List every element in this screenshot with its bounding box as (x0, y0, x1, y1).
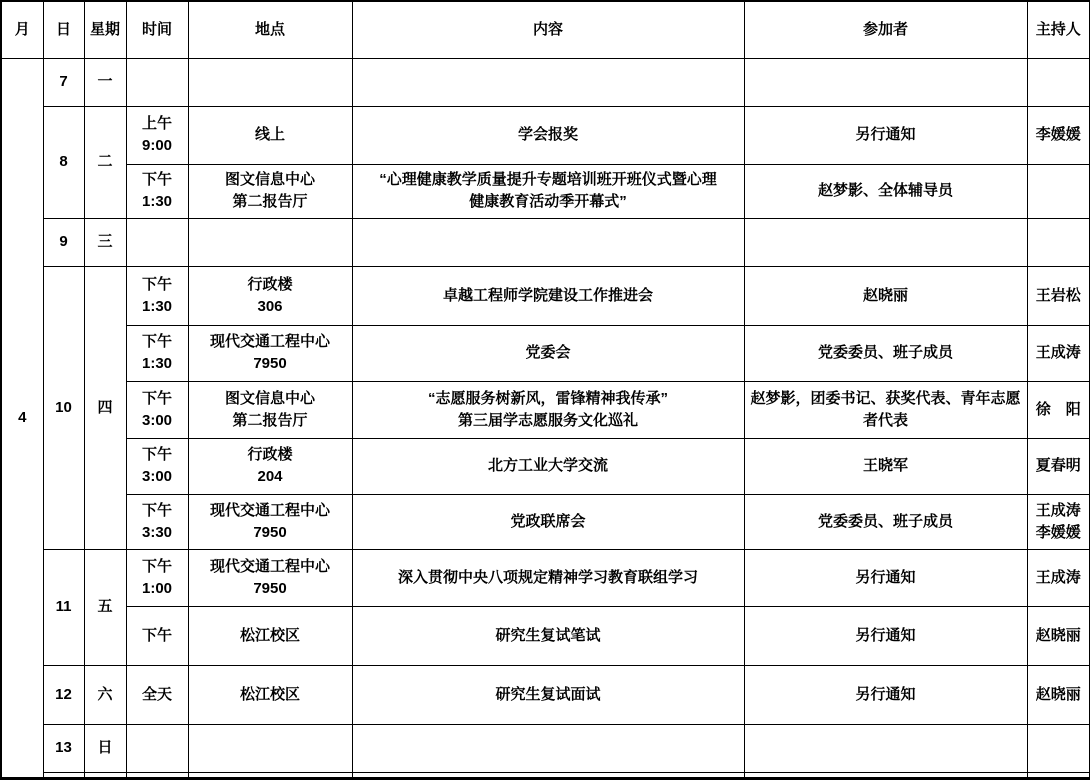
table-row: 13 日 (1, 724, 1090, 772)
cell-host: 徐 阳 (1027, 381, 1090, 438)
cell-day: 10 (43, 266, 84, 549)
header-row: 月 日 星期 时间 地点 内容 参加者 主持人 (1, 1, 1090, 58)
cell-participants: 赵晓丽 (744, 266, 1027, 325)
cell-time: 下午3:00 (126, 438, 188, 494)
cell-place (188, 58, 352, 106)
cell-host (1027, 724, 1090, 772)
cell-day: 7 (43, 58, 84, 106)
cell-time (126, 58, 188, 106)
cell-host: 王成涛李媛媛 (1027, 494, 1090, 549)
cell-host: 王成涛 (1027, 325, 1090, 381)
header-day: 日 (43, 1, 84, 58)
cell-weekday (84, 772, 126, 778)
cell-participants: 党委委员、班子成员 (744, 325, 1027, 381)
cell-host (1027, 218, 1090, 266)
cell-content: “心理健康教学质量提升专题培训班开班仪式暨心理健康教育活动季开幕式” (352, 164, 744, 218)
cell-content: 党委会 (352, 325, 744, 381)
cell-time: 下午1:30 (126, 325, 188, 381)
table-row: 下午3:00 行政楼204 北方工业大学交流 王晓军 夏春明 (1, 438, 1090, 494)
cell-content: 深入贯彻中央八项规定精神学习教育联组学习 (352, 549, 744, 606)
cell-weekday: 三 (84, 218, 126, 266)
cell-participants: 赵梦影、全体辅导员 (744, 164, 1027, 218)
cell-host: 王岩松 (1027, 266, 1090, 325)
header-host: 主持人 (1027, 1, 1090, 58)
cell-time: 上午9:00 (126, 106, 188, 164)
cell-time: 下午1:30 (126, 266, 188, 325)
cell-host: 赵晓丽 (1027, 606, 1090, 665)
cell-time (126, 724, 188, 772)
cell-participants (744, 218, 1027, 266)
cell-host: 王成涛 (1027, 549, 1090, 606)
cell-place (188, 772, 352, 778)
cell-content: “志愿服务树新风，雷锋精神我传承”第三届学志愿服务文化巡礼 (352, 381, 744, 438)
cell-content: 北方工业大学交流 (352, 438, 744, 494)
cell-content (352, 724, 744, 772)
cell-time: 全天 (126, 665, 188, 724)
cell-place: 行政楼204 (188, 438, 352, 494)
header-month: 月 (1, 1, 43, 58)
cell-participants: 另行通知 (744, 549, 1027, 606)
header-weekday: 星期 (84, 1, 126, 58)
cell-weekday: 六 (84, 665, 126, 724)
cell-host: 赵晓丽 (1027, 665, 1090, 724)
cell-host: 李媛媛 (1027, 106, 1090, 164)
table-row-partial (1, 772, 1090, 778)
header-participants: 参加者 (744, 1, 1027, 58)
header-time: 时间 (126, 1, 188, 58)
cell-place: 图文信息中心第二报告厅 (188, 381, 352, 438)
cell-participants (744, 58, 1027, 106)
cell-place: 现代交通工程中心7950 (188, 549, 352, 606)
cell-place (188, 724, 352, 772)
cell-weekday: 二 (84, 106, 126, 218)
cell-day: 13 (43, 724, 84, 772)
cell-content: 党政联席会 (352, 494, 744, 549)
header-place: 地点 (188, 1, 352, 58)
cell-day: 9 (43, 218, 84, 266)
cell-content (352, 218, 744, 266)
cell-place: 现代交通工程中心7950 (188, 494, 352, 549)
table-row: 下午1:30 现代交通工程中心7950 党委会 党委委员、班子成员 王成涛 (1, 325, 1090, 381)
cell-day (43, 772, 84, 778)
cell-place: 松江校区 (188, 606, 352, 665)
cell-participants (744, 772, 1027, 778)
cell-place: 现代交通工程中心7950 (188, 325, 352, 381)
table-row: 下午 松江校区 研究生复试笔试 另行通知 赵晓丽 (1, 606, 1090, 665)
table-row: 10 四 下午1:30 行政楼306 卓越工程师学院建设工作推进会 赵晓丽 王岩… (1, 266, 1090, 325)
cell-content: 研究生复试笔试 (352, 606, 744, 665)
cell-participants (744, 724, 1027, 772)
cell-participants: 另行通知 (744, 606, 1027, 665)
table-row: 下午3:30 现代交通工程中心7950 党政联席会 党委委员、班子成员 王成涛李… (1, 494, 1090, 549)
cell-day: 8 (43, 106, 84, 218)
cell-content (352, 58, 744, 106)
table-row: 下午3:00 图文信息中心第二报告厅 “志愿服务树新风，雷锋精神我传承”第三届学… (1, 381, 1090, 438)
cell-time: 下午3:30 (126, 494, 188, 549)
cell-content: 卓越工程师学院建设工作推进会 (352, 266, 744, 325)
cell-participants: 党委委员、班子成员 (744, 494, 1027, 549)
cell-weekday: 四 (84, 266, 126, 549)
cell-participants: 赵梦影，团委书记、获奖代表、青年志愿者代表 (744, 381, 1027, 438)
cell-time: 下午 (126, 606, 188, 665)
cell-time: 下午1:00 (126, 549, 188, 606)
cell-host (1027, 58, 1090, 106)
cell-time (126, 218, 188, 266)
cell-place: 行政楼306 (188, 266, 352, 325)
cell-time (126, 772, 188, 778)
cell-participants: 王晓军 (744, 438, 1027, 494)
cell-place: 线上 (188, 106, 352, 164)
table-row: 11 五 下午1:00 现代交通工程中心7950 深入贯彻中央八项规定精神学习教… (1, 549, 1090, 606)
table-row: 4 7 一 (1, 58, 1090, 106)
cell-content: 研究生复试面试 (352, 665, 744, 724)
cell-place: 图文信息中心第二报告厅 (188, 164, 352, 218)
cell-weekday: 日 (84, 724, 126, 772)
cell-time: 下午3:00 (126, 381, 188, 438)
cell-weekday: 一 (84, 58, 126, 106)
cell-host (1027, 164, 1090, 218)
cell-time: 下午1:30 (126, 164, 188, 218)
cell-host: 夏春明 (1027, 438, 1090, 494)
cell-place: 松江校区 (188, 665, 352, 724)
table-row: 下午1:30 图文信息中心第二报告厅 “心理健康教学质量提升专题培训班开班仪式暨… (1, 164, 1090, 218)
table-row: 9 三 (1, 218, 1090, 266)
cell-weekday: 五 (84, 549, 126, 665)
cell-host (1027, 772, 1090, 778)
header-content: 内容 (352, 1, 744, 58)
schedule-sheet: 月 日 星期 时间 地点 内容 参加者 主持人 4 7 一 8 二 上午9:00… (0, 0, 1090, 780)
cell-day: 11 (43, 549, 84, 665)
table-row: 12 六 全天 松江校区 研究生复试面试 另行通知 赵晓丽 (1, 665, 1090, 724)
cell-month: 4 (1, 58, 43, 778)
cell-day: 12 (43, 665, 84, 724)
table-row: 8 二 上午9:00 线上 学会报奖 另行通知 李媛媛 (1, 106, 1090, 164)
cell-participants: 另行通知 (744, 106, 1027, 164)
cell-place (188, 218, 352, 266)
cell-content: 学会报奖 (352, 106, 744, 164)
schedule-table: 月 日 星期 时间 地点 内容 参加者 主持人 4 7 一 8 二 上午9:00… (0, 0, 1090, 780)
cell-content (352, 772, 744, 778)
cell-participants: 另行通知 (744, 665, 1027, 724)
